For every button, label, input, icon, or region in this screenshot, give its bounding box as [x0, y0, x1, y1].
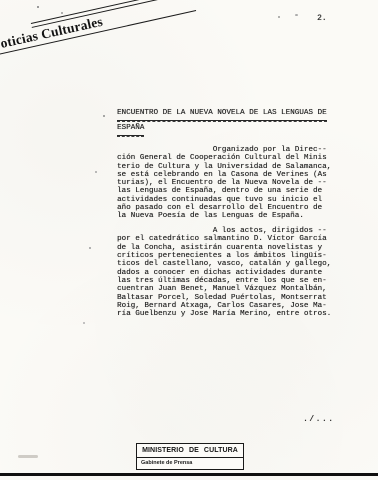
- text-line: las tres últimas décadas, entre los que …: [117, 277, 331, 285]
- document-heading: ENCUENTRO DE LA NUEVA NOVELA DE LAS LENG…: [117, 109, 327, 139]
- text-line: ción General de Cooperación Cultural del…: [117, 154, 331, 162]
- paragraph: A los actos, dirigidos --por el catedrát…: [117, 227, 331, 318]
- body-text: Organizado por la Direc--ción General de…: [117, 146, 331, 325]
- text-line: cuentran Juan Benet, Manuel Vázquez Mont…: [117, 285, 331, 293]
- scan-speck: [83, 322, 85, 324]
- text-line: se está celebrando en la Casona de Verin…: [117, 171, 331, 179]
- text-line: las Lenguas de España, dentro de una ser…: [117, 187, 331, 195]
- page-bottom-rule: [0, 473, 378, 476]
- text-line: ticos del castellano, vasco, catalán y g…: [117, 260, 331, 268]
- scan-speck: [295, 14, 298, 16]
- scan-speck: [103, 115, 105, 117]
- scan-speck: [37, 6, 39, 8]
- ministry-stamp-box: MINISTERIO DE CULTURA Gabinete de Prensa: [136, 443, 244, 470]
- heading-line-1: ENCUENTRO DE LA NUEVA NOVELA DE LAS LENG…: [117, 109, 327, 121]
- text-line: Roig, Bernard Atxaga, Carlos Casares, Jo…: [117, 302, 331, 310]
- text-line: por el catedrático salmantino D. Víctor …: [117, 235, 331, 243]
- noticias-culturales-masthead: Noticias Culturales: [0, 0, 196, 56]
- text-line: de la Concha, asistirán cuarenta novelis…: [117, 244, 331, 252]
- text-line: actividades continuadas que tuvo su inic…: [117, 196, 331, 204]
- scan-speck: [89, 247, 91, 249]
- ministry-name: MINISTERIO DE CULTURA: [137, 444, 243, 458]
- heading-line-2: ESPAÑA: [117, 124, 144, 136]
- text-line: dados a conocer en dichas actividades du…: [117, 269, 331, 277]
- scan-smudge: [18, 455, 38, 458]
- text-line: la Nueva Poesía de las Lenguas de España…: [117, 212, 331, 220]
- text-line: terio de Cultura y la Universidad de Sal…: [117, 163, 331, 171]
- continuation-mark: ./...: [303, 415, 335, 424]
- scan-speck: [95, 171, 97, 173]
- paragraph: Organizado por la Direc--ción General de…: [117, 146, 331, 221]
- scan-speck: [61, 12, 63, 14]
- scanned-document-page: Noticias Culturales 2. ENCUENTRO DE LA N…: [0, 0, 378, 480]
- scan-speck: [278, 16, 280, 18]
- text-line: ría Guelbenzu y Jose María Merino, entre…: [117, 310, 331, 318]
- page-number: 2.: [317, 14, 327, 23]
- ministry-department: Gabinete de Prensa: [137, 458, 243, 469]
- text-line: Baltasar Porcel, Soledad Puértolas, Mont…: [117, 294, 331, 302]
